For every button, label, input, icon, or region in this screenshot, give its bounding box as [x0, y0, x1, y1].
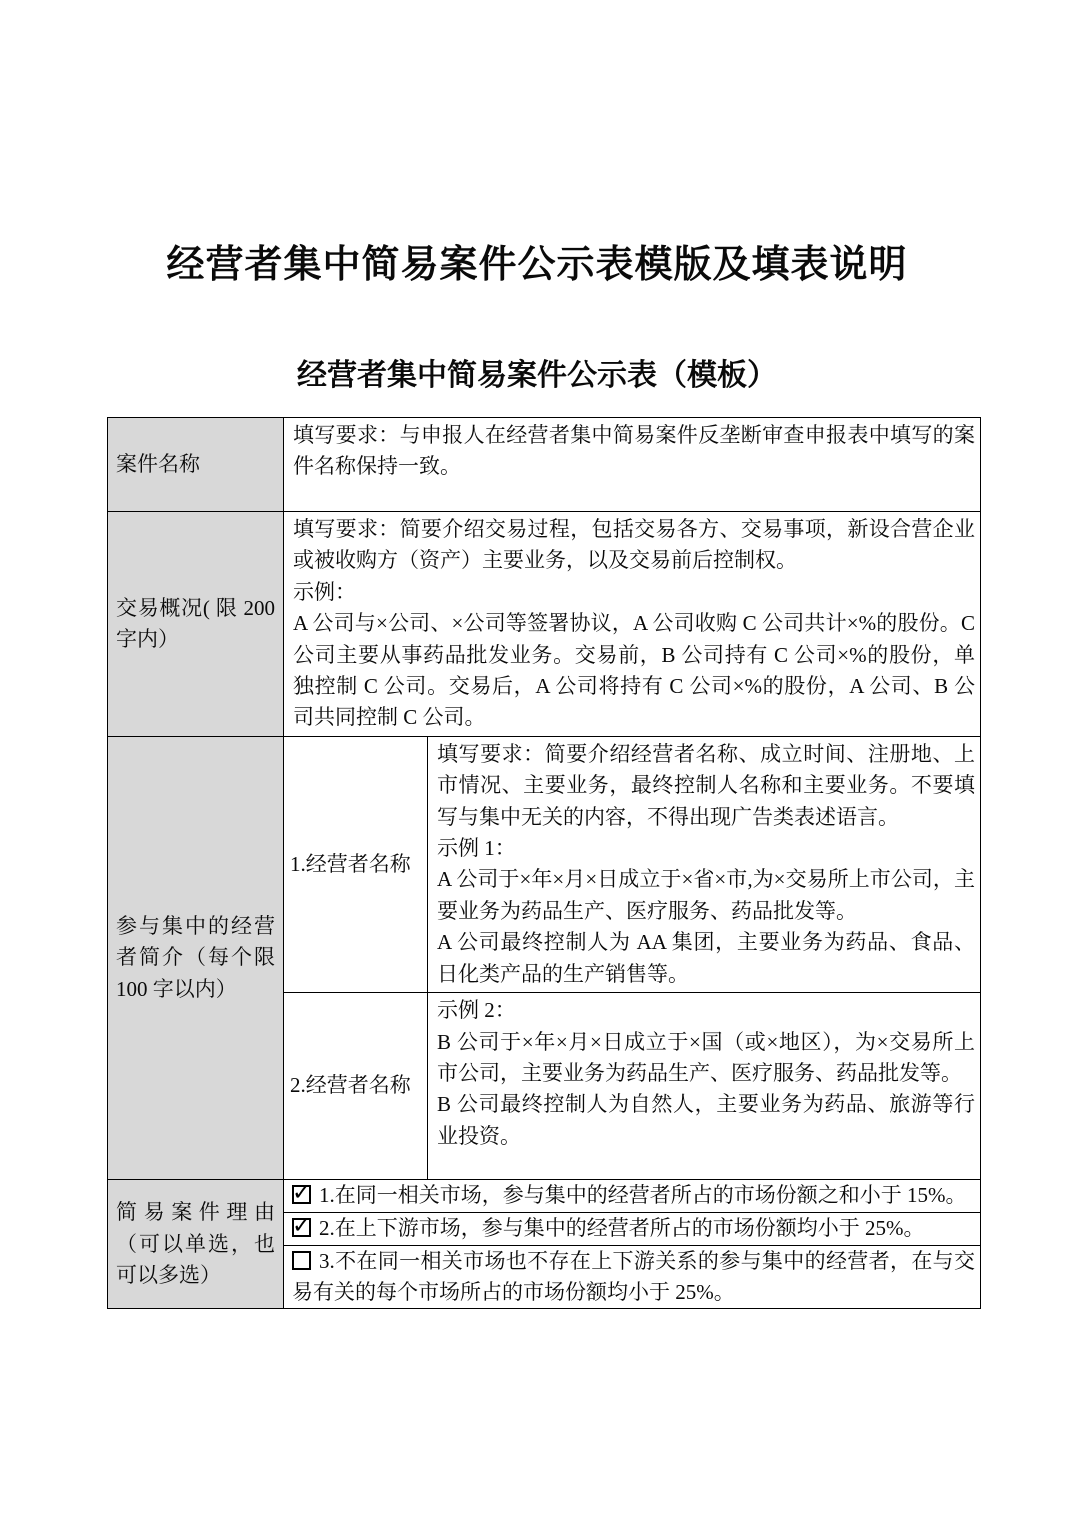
operator-2-name-cell: 2.经营者名称	[284, 993, 428, 1180]
transaction-overview-content-cell: 填写要求：简要介绍交易过程，包括交易各方、交易事项，新设合营企业或被收购方（资产…	[284, 512, 981, 737]
row-case-name: 案件名称 填写要求：与申报人在经营者集中简易案件反垄断审查申报表中填写的案件名称…	[108, 418, 981, 512]
reason-item-2: 2.在上下游市场，参与集中的经营者所占的市场份额均小于 25%。	[284, 1213, 981, 1245]
case-name-label-cell: 案件名称	[108, 418, 284, 512]
row-reason-1: 简易案件理由（可以单选，也可以多选） 1.在同一相关市场，参与集中的经营者所占的…	[108, 1180, 981, 1213]
operator-2-content-cell: 示例 2：B 公司于×年×月×日成立于×国（或×地区），为×交易所上市公司，主要…	[428, 993, 981, 1180]
reason-text: 1.在同一相关市场，参与集中的经营者所占的市场份额之和小于 15%。	[319, 1183, 967, 1207]
checkbox-icon[interactable]	[292, 1251, 311, 1270]
transaction-overview-label-cell: 交易概况( 限 200 字内）	[108, 512, 284, 737]
reasons-label-cell: 简易案件理由（可以单选，也可以多选）	[108, 1180, 284, 1309]
operator-1-content-cell: 填写要求：简要介绍经营者名称、成立时间、注册地、上市情况、主要业务，最终控制人名…	[428, 736, 981, 992]
document-title: 经营者集中简易案件公示表模版及填表说明	[0, 233, 1074, 288]
operators-label-cell: 参与集中的经营者简介（每个限 100 字以内）	[108, 736, 284, 1179]
checkbox-icon[interactable]	[292, 1185, 311, 1204]
row-transaction-overview: 交易概况( 限 200 字内） 填写要求：简要介绍交易过程，包括交易各方、交易事…	[108, 512, 981, 737]
row-operator-1: 参与集中的经营者简介（每个限 100 字以内） 1.经营者名称 填写要求：简要介…	[108, 736, 981, 992]
checkbox-icon[interactable]	[292, 1218, 311, 1237]
case-name-content-cell: 填写要求：与申报人在经营者集中简易案件反垄断审查申报表中填写的案件名称保持一致。	[284, 418, 981, 512]
document-subtitle: 经营者集中简易案件公示表（模板）	[0, 350, 1074, 394]
operator-1-name-cell: 1.经营者名称	[284, 736, 428, 992]
publicity-form-table: 案件名称 填写要求：与申报人在经营者集中简易案件反垄断审查申报表中填写的案件名称…	[107, 417, 981, 1309]
reason-item-3: 3.不在同一相关市场也不存在上下游关系的参与集中的经营者，在与交易有关的每个市场…	[284, 1245, 981, 1309]
reason-item-1: 1.在同一相关市场，参与集中的经营者所占的市场份额之和小于 15%。	[284, 1180, 981, 1213]
document-page: 经营者集中简易案件公示表模版及填表说明 经营者集中简易案件公示表（模板） 案件名…	[0, 0, 1074, 1520]
reason-text: 2.在上下游市场，参与集中的经营者所占的市场份额均小于 25%。	[319, 1216, 925, 1240]
reason-text: 3.不在同一相关市场也不存在上下游关系的参与集中的经营者，在与交易有关的每个市场…	[292, 1249, 975, 1304]
